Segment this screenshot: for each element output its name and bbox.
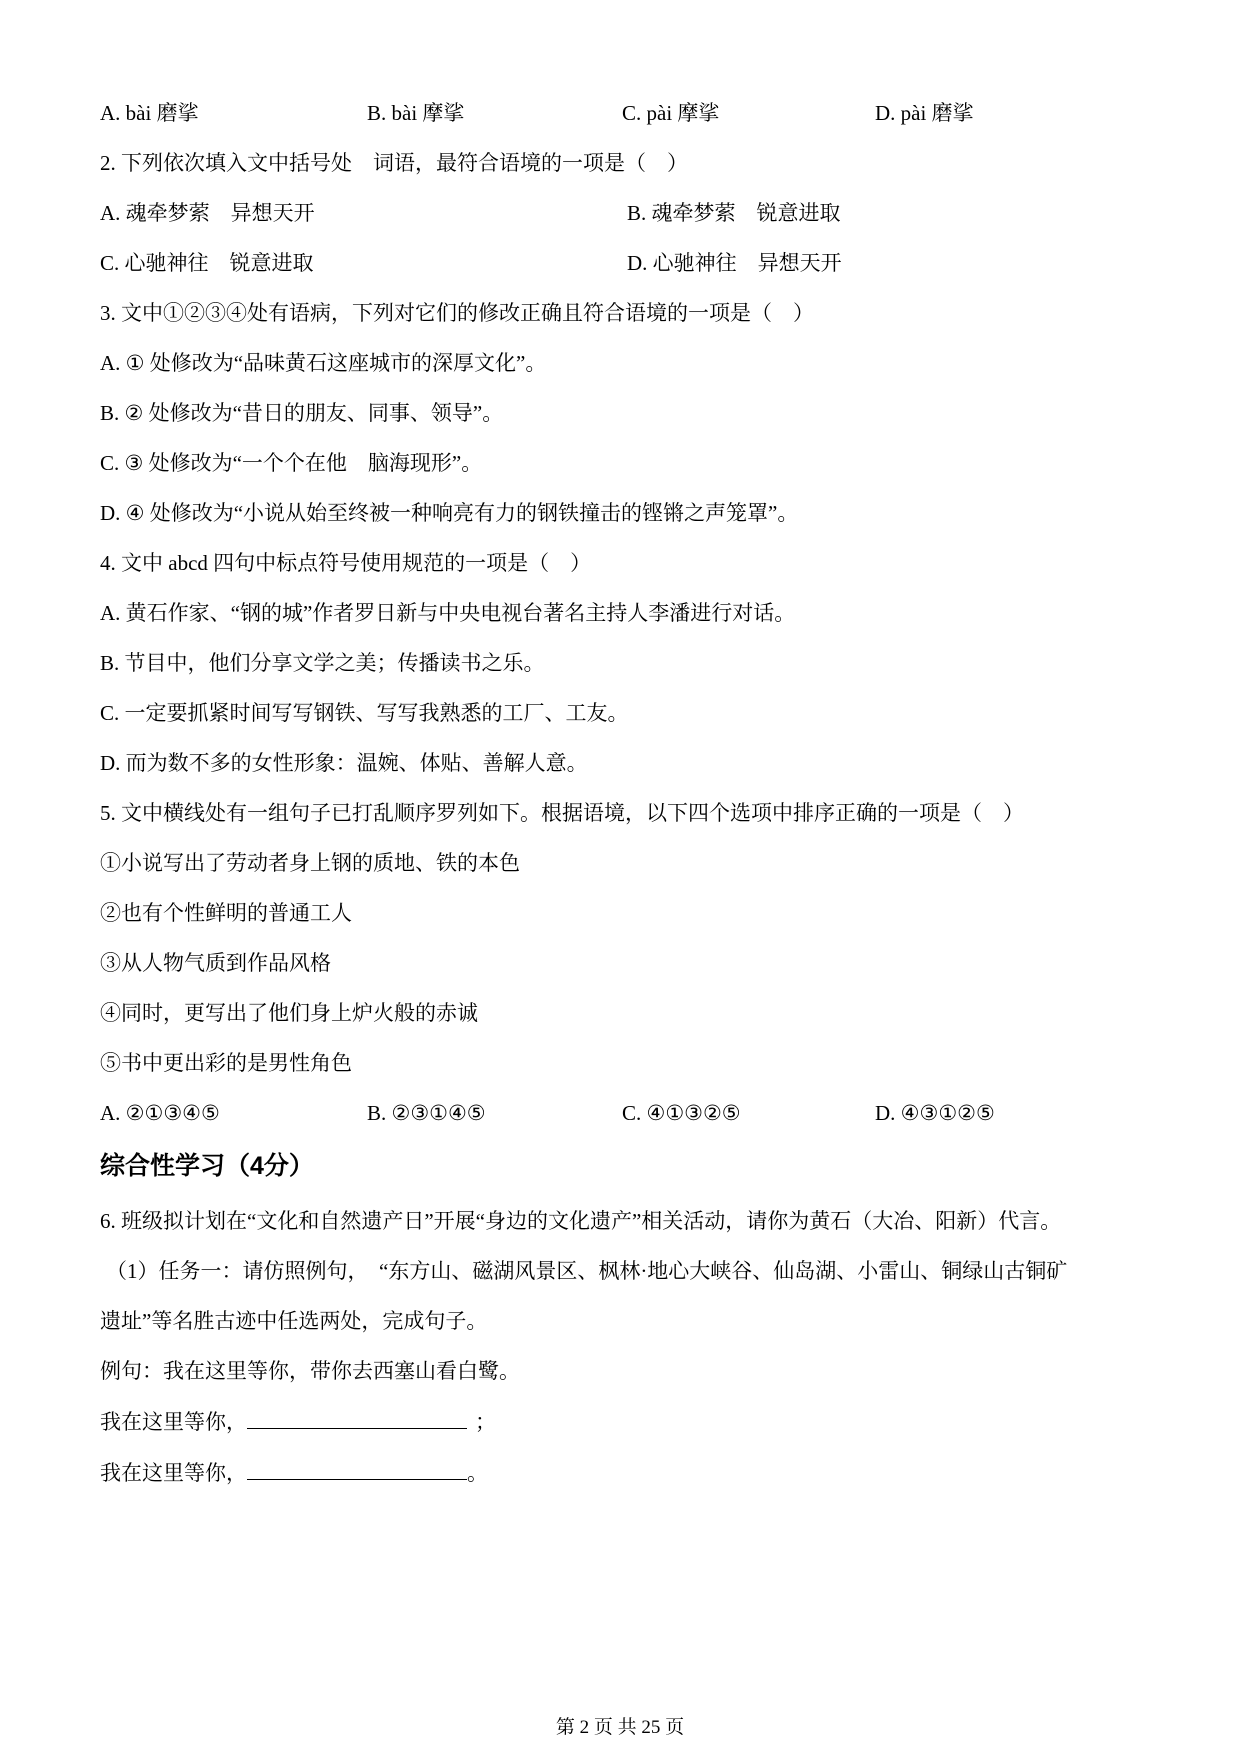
question-5-item-4: ④同时，更写出了他们身上炉火般的赤诚 bbox=[100, 1000, 1140, 1026]
option-b: B. ②③①④⑤ bbox=[367, 1100, 622, 1126]
question-5-stem: 5. 文中横线处有一组句子已打乱顺序罗列如下。根据语境，以下四个选项中排序正确的… bbox=[100, 800, 1140, 826]
option-c: C. ④①③②⑤ bbox=[622, 1100, 875, 1126]
option-c: C. 心驰神往 锐意进取 bbox=[100, 250, 627, 276]
option-a: A. bài 磨挲 bbox=[100, 100, 367, 126]
option-a: A. ②①③④⑤ bbox=[100, 1100, 367, 1126]
option-c: C. pài 摩挲 bbox=[622, 100, 875, 126]
question-2-options-row-1: A. 魂牵梦萦 异想天开B. 魂牵梦萦 锐意进取 bbox=[100, 200, 1140, 226]
exam-document-page: A. bài 磨挲B. bài 摩挲C. pài 摩挲D. pài 磨挲 2. … bbox=[0, 0, 1240, 1754]
question-3-option-c: C. ③ 处修改为“一个个在他 脑海现形”。 bbox=[100, 450, 1140, 476]
option-d: D. 心驰神往 异想天开 bbox=[627, 251, 842, 275]
question-2-options-row-2: C. 心驰神往 锐意进取D. 心驰神往 异想天开 bbox=[100, 250, 1140, 276]
question-6-task1-line-2: 遗址”等名胜古迹中任选两处，完成句子。 bbox=[100, 1308, 1140, 1334]
option-b: B. 魂牵梦萦 锐意进取 bbox=[627, 201, 841, 225]
question-3-option-b: B. ② 处修改为“昔日的朋友、同事、领导”。 bbox=[100, 400, 1140, 426]
blank-underline bbox=[247, 1408, 467, 1429]
question-3-option-d: D. ④ 处修改为“小说从始至终被一种响亮有力的钢铁撞击的铿锵之声笼罩”。 bbox=[100, 500, 1140, 526]
option-d: D. ④③①②⑤ bbox=[875, 1101, 995, 1125]
blank-punctuation: 。 bbox=[467, 1461, 488, 1485]
question-4-option-d: D. 而为数不多的女性形象：温婉、体贴、善解人意。 bbox=[100, 750, 1140, 776]
question-6-stem: 6. 班级拟计划在“文化和自然遗产日”开展“身边的文化遗产”相关活动，请你为黄石… bbox=[100, 1208, 1140, 1234]
question-1-options-row: A. bài 磨挲B. bài 摩挲C. pài 摩挲D. pài 磨挲 bbox=[100, 100, 1140, 126]
blank-underline bbox=[247, 1459, 467, 1480]
question-5-item-5: ⑤书中更出彩的是男性角色 bbox=[100, 1050, 1140, 1076]
fill-blank-line-1: 我在这里等你，； bbox=[100, 1408, 1140, 1435]
question-5-item-1: ①小说写出了劳动者身上钢的质地、铁的本色 bbox=[100, 850, 1140, 876]
blank-prefix: 我在这里等你， bbox=[100, 1461, 247, 1485]
question-4-option-b: B. 节目中，他们分享文学之美；传播读书之乐。 bbox=[100, 650, 1140, 676]
question-4-stem: 4. 文中 abcd 四句中标点符号使用规范的一项是（ ） bbox=[100, 550, 1140, 576]
option-b: B. bài 摩挲 bbox=[367, 100, 622, 126]
question-2-stem: 2. 下列依次填入文中括号处 词语，最符合语境的一项是（ ） bbox=[100, 150, 1140, 176]
blank-punctuation: ； bbox=[475, 1410, 496, 1434]
question-5-item-2: ②也有个性鲜明的普通工人 bbox=[100, 900, 1140, 926]
question-6-example-sentence: 例句：我在这里等你，带你去西塞山看白鹭。 bbox=[100, 1358, 1140, 1384]
question-6-task1-line-1: （1）任务一：请仿照例句， “东方山、磁湖风景区、枫林·地心大峡谷、仙岛湖、小雷… bbox=[100, 1258, 1140, 1284]
question-4-option-a: A. 黄石作家、“钢的城”作者罗日新与中央电视台著名主持人李潘进行对话。 bbox=[100, 600, 1140, 626]
question-5-item-3: ③从人物气质到作品风格 bbox=[100, 950, 1140, 976]
page-content: A. bài 磨挲B. bài 摩挲C. pài 摩挲D. pài 磨挲 2. … bbox=[0, 0, 1240, 1486]
option-a: A. 魂牵梦萦 异想天开 bbox=[100, 200, 627, 226]
page-footer: 第 2 页 共 25 页 bbox=[0, 1716, 1240, 1740]
question-4-option-c: C. 一定要抓紧时间写写钢铁、写写我熟悉的工厂、工友。 bbox=[100, 700, 1140, 726]
blank-prefix: 我在这里等你， bbox=[100, 1410, 247, 1434]
question-3-stem: 3. 文中①②③④处有语病，下列对它们的修改正确且符合语境的一项是（ ） bbox=[100, 300, 1140, 326]
option-d: D. pài 磨挲 bbox=[875, 101, 974, 125]
question-3-option-a: A. ① 处修改为“品味黄石这座城市的深厚文化”。 bbox=[100, 350, 1140, 376]
fill-blank-line-2: 我在这里等你，。 bbox=[100, 1459, 1140, 1486]
question-5-options-row: A. ②①③④⑤B. ②③①④⑤C. ④①③②⑤D. ④③①②⑤ bbox=[100, 1100, 1140, 1126]
section-heading: 综合性学习（4分） bbox=[100, 1150, 1140, 1182]
